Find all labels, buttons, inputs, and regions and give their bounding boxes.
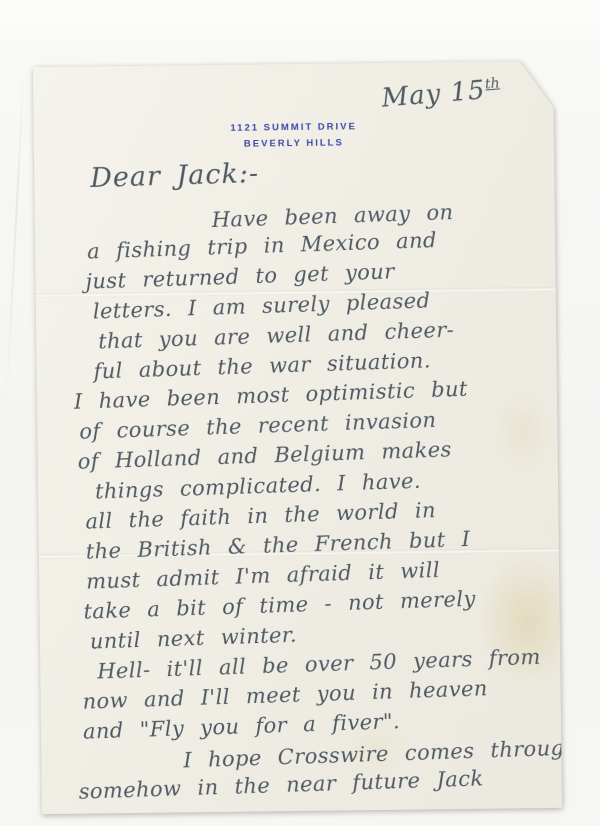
letter-paper-surface: May 15th 1121 SUMMIT DRIVE BEVERLY HILLS… [33,61,562,814]
letterhead: 1121 SUMMIT DRIVE BEVERLY HILLS [34,117,554,155]
scanned-letter-background: May 15th 1121 SUMMIT DRIVE BEVERLY HILLS… [0,0,600,826]
handwritten-date: May 15th [380,67,502,114]
letter-paper: May 15th 1121 SUMMIT DRIVE BEVERLY HILLS… [33,61,562,814]
salutation: Dear Jack:- [90,157,260,196]
backing-sheet-edge [5,70,25,410]
date-ordinal-suffix: th [484,75,500,92]
date-text: May 15 [380,75,486,113]
letter-body: Have been away on a fishing trip in Mexi… [85,201,556,807]
handwriting-line: somehow in the near future Jack [78,761,556,807]
